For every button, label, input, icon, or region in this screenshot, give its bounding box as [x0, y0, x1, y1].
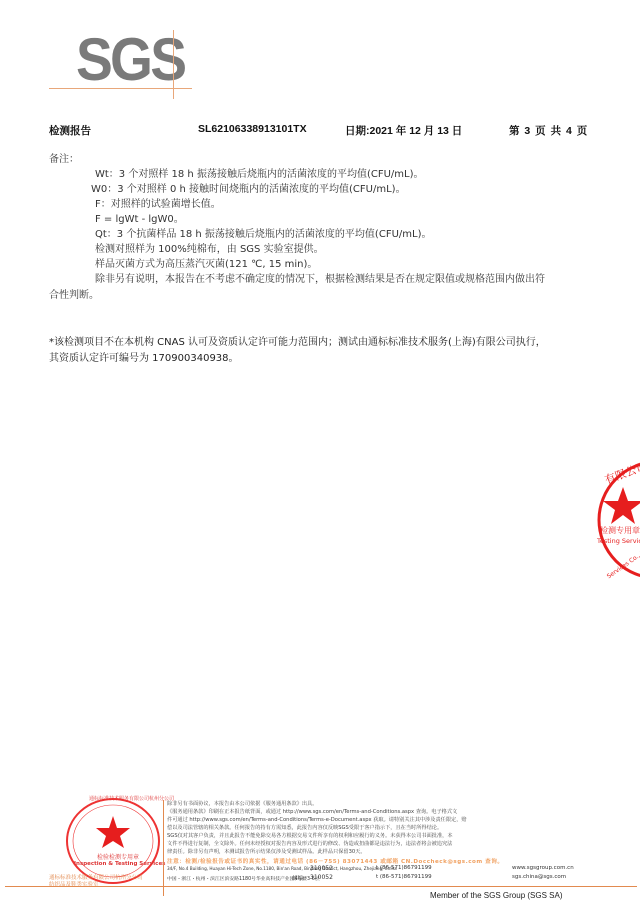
footer-phone-en: t (86-571)86791199 [376, 865, 432, 871]
side-seal-stamp: 有限公司杭州 检测专用章 Testing Services Services C… [595, 455, 640, 585]
accreditation-note-line2: 其资质认定许可编号为 170900340938。 [49, 352, 239, 366]
footer-address-en: 34/F, No.4 Building, Huayan Hi-Tech Zone… [167, 866, 397, 871]
note-f: F：对照样的试验菌增长值。 [95, 198, 221, 212]
logo-horizontal-line [49, 88, 192, 89]
footer-postcode-en: 310052 [310, 865, 333, 872]
footer-postcode-cn-label: 邮编: [292, 874, 305, 882]
footer-member-text: Member of the SGS Group (SGS SA) [430, 891, 563, 900]
footer-website[interactable]: www.sgsgroup.com.cn [512, 865, 574, 871]
footer-terms-line7: 律责任。除非另有声明，本测试报告所示结果仅涉及受测试样品。此样品只保留30天。 [167, 849, 366, 857]
footer-horizontal-line [5, 886, 637, 887]
note-conformity-line1: 除非另有说明，本报告在不考虑不确定度的情况下，根据检测结果是否在规定限值或规格范… [95, 273, 545, 287]
note-w0: W0：3 个对照样 0 h 接触时间烧瓶内的活菌浓度的平均值(CFU/mL)。 [91, 183, 406, 197]
footer-postcode-cn: 310052 [310, 874, 333, 881]
note-control-sample: 检测对照样为 100%纯棉布，由 SGS 实验室提供。 [95, 243, 324, 257]
side-seal-middle-text: 检测专用章 [600, 525, 640, 536]
logo-vertical-line [173, 30, 174, 99]
footer-seal-center-en: Inspection & Testing Services [74, 861, 165, 867]
note-sterilization: 样品灭菌方式为高压蒸汽灭菌(121 ℃, 15 min)。 [95, 258, 317, 272]
side-seal-english-text: Testing Services [597, 537, 640, 545]
page-indicator: 第 3 页 共 4 页 [509, 123, 588, 138]
note-wt: Wt：3 个对照样 18 h 振荡接触后烧瓶内的活菌浓度的平均值(CFU/mL)… [95, 168, 424, 182]
sgs-logo: SGS [76, 30, 184, 90]
footer-seal-center-cn: 检验检测专用章 [97, 852, 139, 861]
footer-terms-line2[interactable]: 《服务通用条款》印刷在正本报告纸背面，或通过 http://www.sgs.co… [167, 809, 457, 817]
footer-seal-ring-text: 通标标准技术服务有限公司杭州分公司 [89, 795, 174, 802]
report-date: 日期:2021 年 12 月 13 日 [345, 123, 462, 138]
footer-terms-line4: 偿以及司法管辖的相关条款。任何报告的持有方需知悉，此报告内容仅反映SGS受限于客… [167, 825, 442, 833]
footer-terms-line3[interactable]: 件可通过 http://www.sgs.com/en/Terms-and-Con… [167, 817, 467, 825]
notes-heading: 备注： [49, 153, 79, 167]
footer-phone-cn: t (86-571)86791199 [376, 874, 432, 880]
note-conformity-line2: 合性判断。 [49, 289, 99, 303]
footer-terms-line5: SGS仅对其客户负责，并且此报告不能免除交易各方根据交易文件所享有的权利和应履行… [167, 833, 453, 841]
footer-terms-line1: 除非另有书面协议，本报告由本公司依据《服务通用条款》出具。 [167, 801, 317, 809]
footer-vertical-line [163, 800, 164, 896]
footer-terms-line6: 文件不得进行复制，全文除外。任何未经授权对报告内容及形式进行的修改、伪造或扭曲都… [167, 841, 452, 849]
footer-email[interactable]: sgs.china@sgs.com [512, 874, 566, 880]
note-f-formula: F = lgWt - lgW0。 [95, 213, 184, 227]
footer-authenticity-warning: 注意：检测/检验报告或证书的真实性，请通过电话 (86－755) 8307144… [167, 857, 503, 865]
note-qt: Qt：3 个抗菌样品 18 h 振荡接触后烧瓶内的活菌浓度的平均值(CFU/mL… [95, 228, 431, 242]
report-number: SL62106338913101TX [198, 123, 307, 135]
report-title: 检测报告 [49, 123, 91, 138]
accreditation-note-line1: *该检测项目不在本机构 CNAS 认可及资质认定许可能力范围内；测试由通标标准技… [49, 336, 546, 350]
